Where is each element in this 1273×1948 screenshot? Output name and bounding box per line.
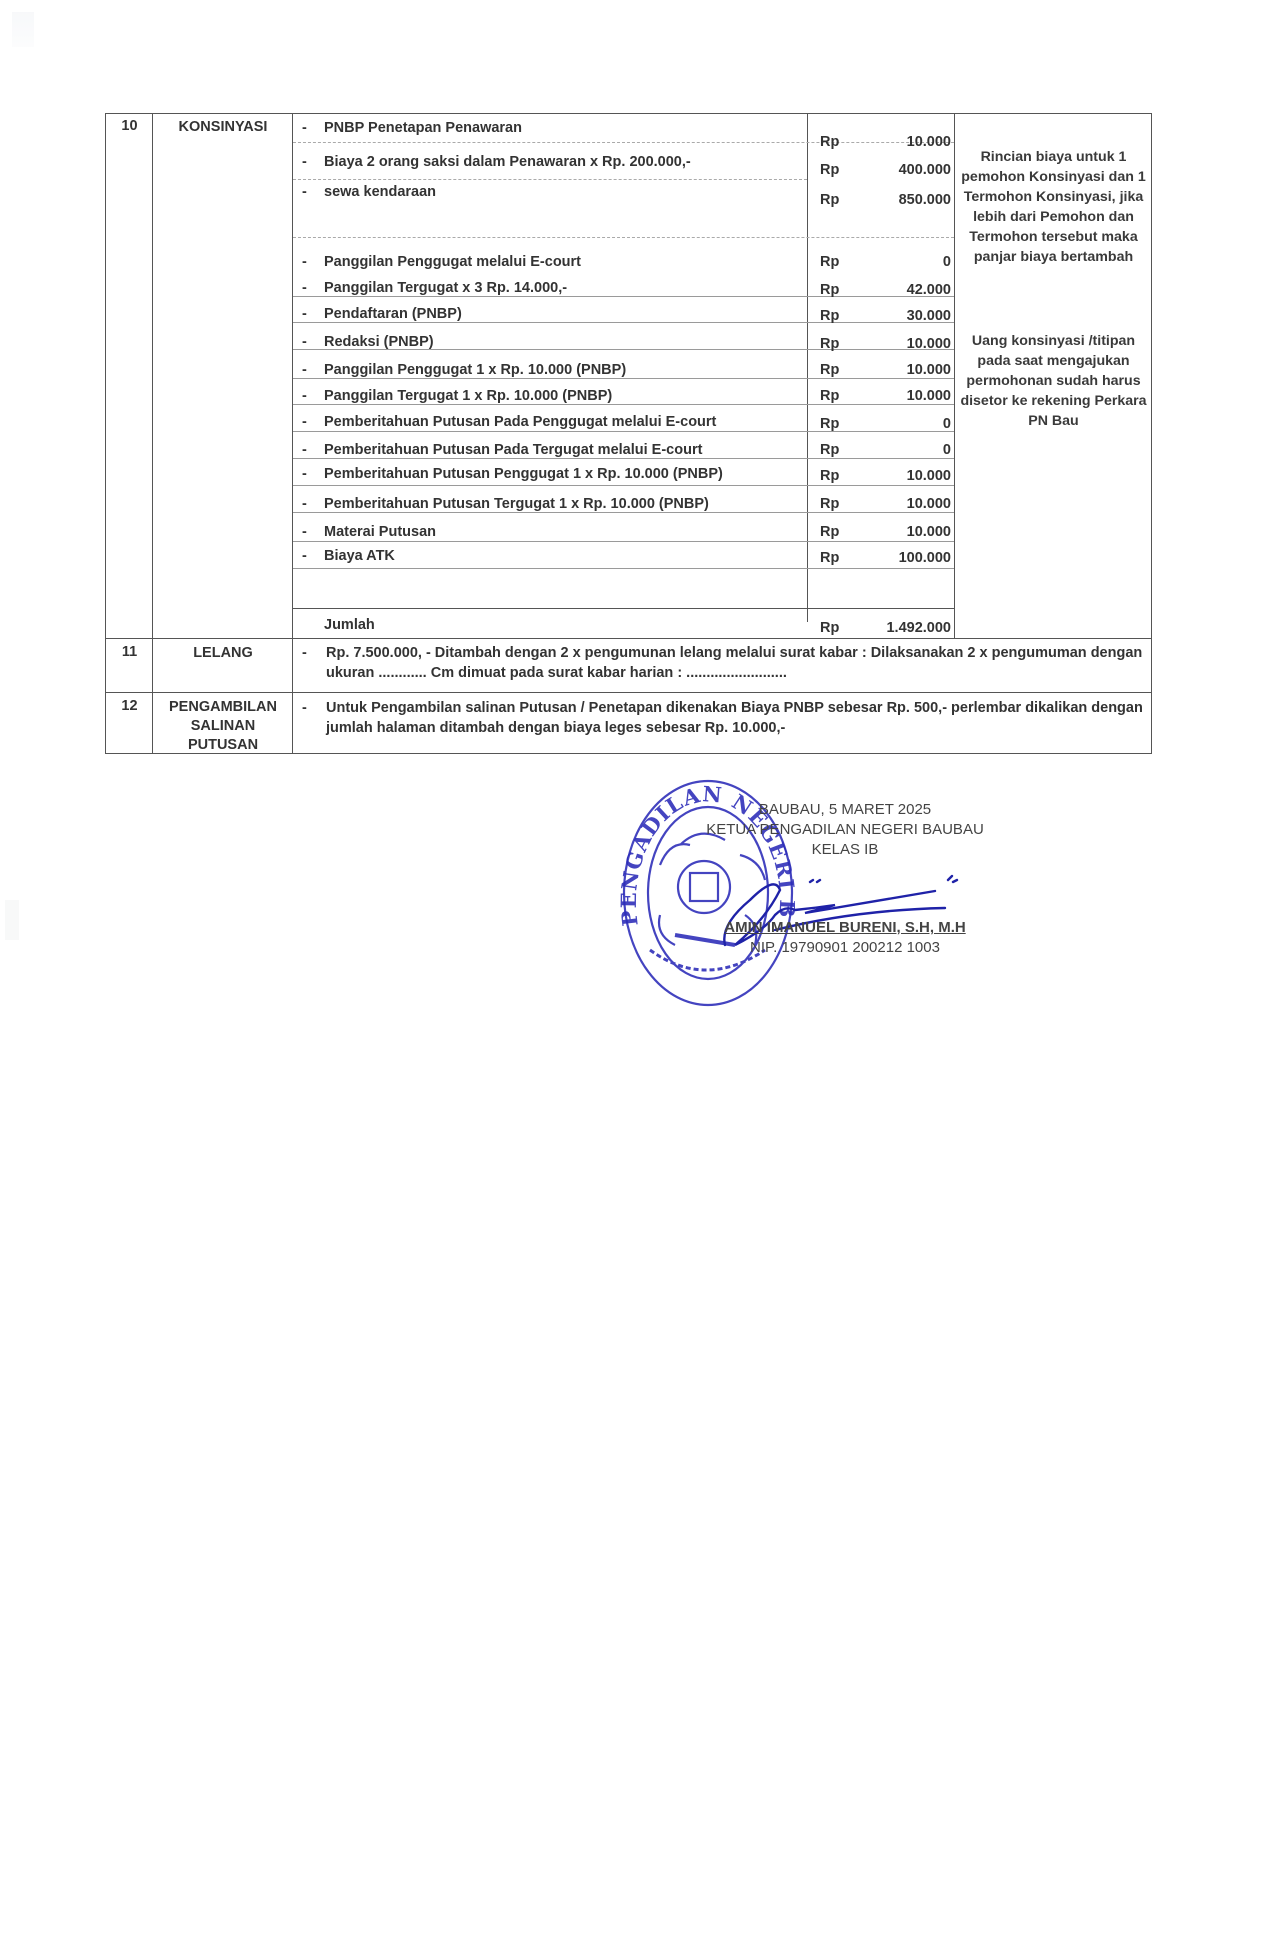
currency: Rp [820, 388, 839, 404]
fee-item-label: Panggilan Tergugat x 3 Rp. 14.000,- [324, 280, 567, 296]
fee-item: -Pendaftaran (PNBP) [294, 306, 804, 322]
amount-value: 0 [943, 442, 951, 458]
amount-value: 850.000 [899, 192, 951, 208]
fee-item-label: Materai Putusan [324, 524, 436, 540]
bullet-dash: - [294, 154, 324, 170]
row-divider [293, 512, 954, 513]
fee-item: -Panggilan Penggugat 1 x Rp. 10.000 (PNB… [294, 362, 804, 378]
fee-item: -Pemberitahuan Putusan Pada Tergugat mel… [294, 442, 804, 458]
bullet-dash: - [294, 524, 324, 540]
fee-item-label: Pemberitahuan Putusan Penggugat 1 x Rp. … [324, 466, 723, 482]
place-date: BAUBAU, 5 MARET 2025 [670, 800, 1020, 820]
category-lelang: LELANG [153, 644, 293, 663]
amount-value: 10.000 [907, 468, 951, 484]
row-divider [293, 541, 954, 542]
currency: Rp [820, 134, 839, 150]
row-divider [293, 322, 954, 323]
fee-item: -Panggilan Penggugat melalui E-court [294, 254, 804, 270]
fee-item: -PNBP Penetapan Penawaran [294, 120, 804, 136]
col-divider [807, 114, 808, 622]
category-konsinyasi: KONSINYASI [153, 118, 293, 137]
currency: Rp [820, 162, 839, 178]
amount-value: 10.000 [907, 134, 951, 150]
amount-value: 42.000 [907, 282, 951, 298]
fee-item: -Biaya ATK [294, 548, 804, 564]
amount-value: 10.000 [907, 524, 951, 540]
row-divider [293, 378, 954, 379]
currency: Rp [820, 362, 839, 378]
bullet-dash: - [294, 306, 324, 322]
currency: Rp [820, 416, 839, 432]
amount-value: 30.000 [907, 308, 951, 324]
row-divider [293, 568, 954, 569]
fee-table: 10 KONSINYASI -PNBP Penetapan PenawaranR… [105, 113, 1152, 754]
section-divider [106, 638, 1151, 639]
total-label: Jumlah [294, 617, 804, 633]
bullet-dash: - [294, 414, 324, 430]
row-number: 11 [106, 644, 153, 660]
fee-item: -Biaya 2 orang saksi dalam Penawaran x R… [294, 154, 804, 170]
salinan-description: - Untuk Pengambilan salinan Putusan / Pe… [294, 698, 1144, 738]
fee-item-label: Pemberitahuan Putusan Pada Tergugat mela… [324, 442, 702, 458]
fee-item-label: Panggilan Penggugat 1 x Rp. 10.000 (PNBP… [324, 362, 626, 378]
fee-item-label: Biaya 2 orang saksi dalam Penawaran x Rp… [324, 154, 691, 170]
bullet-dash: - [294, 280, 324, 296]
amount-value: 0 [943, 416, 951, 432]
bullet-dash: - [294, 496, 324, 512]
currency: Rp [820, 550, 839, 566]
row-divider [293, 296, 954, 297]
scan-artifact [12, 12, 34, 47]
fee-item-label: sewa kendaraan [324, 184, 436, 200]
fee-item-label: Pemberitahuan Putusan Tergugat 1 x Rp. 1… [324, 496, 709, 512]
fee-item: -Pemberitahuan Putusan Penggugat 1 x Rp.… [294, 466, 804, 482]
amount-value: 10.000 [907, 336, 951, 352]
fee-item: -sewa kendaraan [294, 184, 804, 200]
currency: Rp [820, 442, 839, 458]
court-class: KELAS IB [670, 840, 1020, 860]
signer-title: KETUA PENGADILAN NEGERI BAUBAU [670, 820, 1020, 840]
fee-item-label: Panggilan Penggugat melalui E-court [324, 254, 581, 270]
currency: Rp [820, 254, 839, 270]
currency: Rp [820, 308, 839, 324]
signature-block: BAUBAU, 5 MARET 2025 KETUA PENGADILAN NE… [670, 800, 1020, 958]
note-uang-konsinyasi: Uang konsinyasi /titipan pada saat menga… [956, 331, 1151, 431]
currency: Rp [820, 282, 839, 298]
row-number: 12 [106, 698, 153, 714]
amount-value: 10.000 [907, 388, 951, 404]
row-divider [293, 608, 954, 609]
fee-item-label: Biaya ATK [324, 548, 395, 564]
fee-item: -Materai Putusan [294, 524, 804, 540]
fee-item: -Panggilan Tergugat x 3 Rp. 14.000,- [294, 280, 804, 296]
row-divider [293, 404, 954, 405]
currency: Rp [820, 524, 839, 540]
row-divider [293, 237, 954, 238]
row-divider [293, 179, 807, 180]
bullet-dash: - [294, 466, 324, 482]
amount-value: 0 [943, 254, 951, 270]
fee-item: -Panggilan Tergugat 1 x Rp. 10.000 (PNBP… [294, 388, 804, 404]
currency: Rp [820, 496, 839, 512]
bullet-dash: - [294, 120, 324, 136]
amount-value: 100.000 [899, 550, 951, 566]
row-number: 10 [106, 118, 153, 134]
row-divider [293, 431, 954, 432]
fee-item-label: Redaksi (PNBP) [324, 334, 434, 350]
currency: Rp [820, 192, 839, 208]
row-divider [293, 458, 954, 459]
signer-name: AMIN IMANUEL BURENI, S.H, M.H [670, 918, 1020, 938]
col-divider [954, 114, 955, 638]
row-divider [293, 142, 954, 143]
scan-artifact [5, 900, 19, 940]
signer-nip: NIP. 19790901 200212 1003 [670, 938, 1020, 958]
lelang-description: - Rp. 7.500.000, - Ditambah dengan 2 x p… [294, 643, 1144, 683]
bullet-dash: - [294, 334, 324, 350]
section-divider [106, 692, 1151, 693]
row-divider [293, 485, 954, 486]
bullet-dash: - [294, 184, 324, 200]
amount-value: 400.000 [899, 162, 951, 178]
fee-item: -Pemberitahuan Putusan Tergugat 1 x Rp. … [294, 496, 804, 512]
note-rincian: Rincian biaya untuk 1 pemohon Konsinyasi… [956, 147, 1151, 285]
currency: Rp [820, 336, 839, 352]
bullet-dash: - [294, 548, 324, 564]
category-pengambilan-salinan-putusan: PENGAMBILAN SALINAN PUTUSAN [153, 698, 293, 755]
fee-item-label: Pendaftaran (PNBP) [324, 306, 462, 322]
fee-item: -Pemberitahuan Putusan Pada Penggugat me… [294, 414, 804, 430]
fee-item-label: PNBP Penetapan Penawaran [324, 120, 522, 136]
bullet-dash: - [294, 442, 324, 458]
fee-item: -Redaksi (PNBP) [294, 334, 804, 350]
bullet-dash: - [294, 254, 324, 270]
bullet-dash: - [294, 362, 324, 378]
amount-value: 10.000 [907, 362, 951, 378]
fee-item-label: Pemberitahuan Putusan Pada Penggugat mel… [324, 414, 716, 430]
bullet-dash: - [294, 388, 324, 404]
fee-item-label: Panggilan Tergugat 1 x Rp. 10.000 (PNBP) [324, 388, 612, 404]
currency: Rp [820, 468, 839, 484]
amount-value: 10.000 [907, 496, 951, 512]
